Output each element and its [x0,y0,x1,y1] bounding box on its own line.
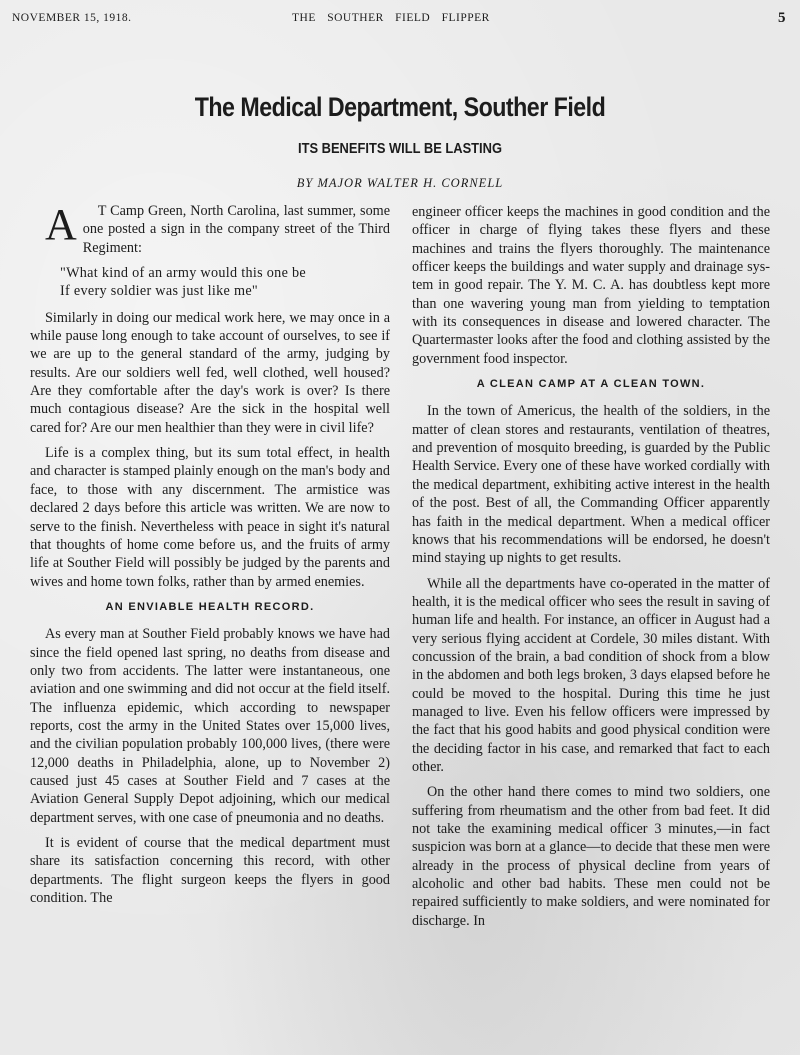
quote-line-1: "What kind of an army would this one be [60,264,390,282]
paragraph: It is evident of course that the medical… [30,834,390,907]
paragraph: While all the departments have co-operat… [412,575,770,777]
section-heading: A CLEAN CAMP AT A CLEAN TOWN. [412,375,770,393]
article-title: The Medical Department, Souther Field [56,92,744,123]
paragraph: As every man at Souther Field probably k… [30,625,390,827]
article-byline: BY MAJOR WALTER H. CORNELL [0,176,800,191]
article-subtitle: ITS BENEFITS WILL BE LASTING [56,140,744,157]
quote-line-2: If every soldier was just like me" [60,282,390,300]
paragraph: In the town of Americus, the health of t… [412,402,770,567]
paragraph: On the other hand there comes to mind tw… [412,783,770,930]
page-number: 5 [778,10,786,27]
sign-quote: "What kind of an army would this one be … [60,264,390,301]
opening-text: T Camp Green, North Carolina, last summe… [83,203,390,256]
paragraph: Similarly in doing our medical work here… [30,309,390,437]
right-column: engineer officer keeps the machines in g… [412,203,770,937]
drop-cap: A [30,206,77,244]
running-head: NOVEMBER 15, 1918. THE SOUTHER FIELD FLI… [12,10,786,30]
publication-name: THE SOUTHER FIELD FLIPPER [292,12,490,24]
issue-date: NOVEMBER 15, 1918. [12,12,132,24]
section-heading: AN ENVIABLE HEALTH RECORD. [30,598,390,616]
paragraph: Life is a complex thing, but its sum tot… [30,444,390,591]
opening-paragraph: AT Camp Green, North Carolina, last summ… [30,202,390,257]
paragraph: engineer officer keeps the machines in g… [412,203,770,368]
left-column: AT Camp Green, North Carolina, last summ… [30,202,390,914]
